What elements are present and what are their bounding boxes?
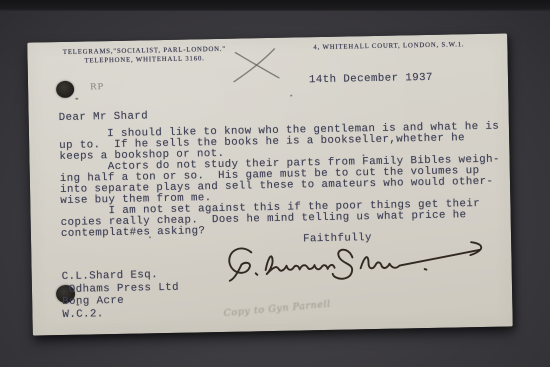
photo-top-band	[0, 0, 550, 11]
paper-speck	[76, 304, 79, 306]
letter-card: TELEGRAMS,"SOCIALIST, PARL-LONDON." TELE…	[27, 33, 513, 335]
punch-hole-top	[56, 81, 74, 98]
pencil-copy-note: Copy to Gyn Parnell	[223, 292, 403, 319]
paper-speck	[290, 95, 292, 97]
photo-background: { "photo": { "background_color": "#3d3c4…	[0, 0, 550, 367]
letterhead-telegrams: TELEGRAMS,"SOCIALIST, PARL-LONDON." TELE…	[53, 46, 235, 66]
paper-speck	[149, 236, 151, 238]
recipient-address: C.L.Shard Esq. Odhams Press Ltd Bong Acr…	[62, 269, 180, 321]
date-line: 14th December 1937	[309, 72, 433, 86]
letter-body: I should like to know who the gentleman …	[59, 122, 501, 240]
signature-g-bernard-shaw	[221, 235, 507, 288]
letterhead-address: 4, WHITEHALL COURT, LONDON, S.W.1.	[313, 41, 464, 51]
paper-speck	[362, 154, 364, 156]
pencil-initials: RP	[90, 82, 104, 92]
salutation: Dear Mr Shard	[59, 110, 149, 124]
pencil-x-mark-icon	[230, 47, 283, 84]
paper-speck	[75, 98, 78, 100]
